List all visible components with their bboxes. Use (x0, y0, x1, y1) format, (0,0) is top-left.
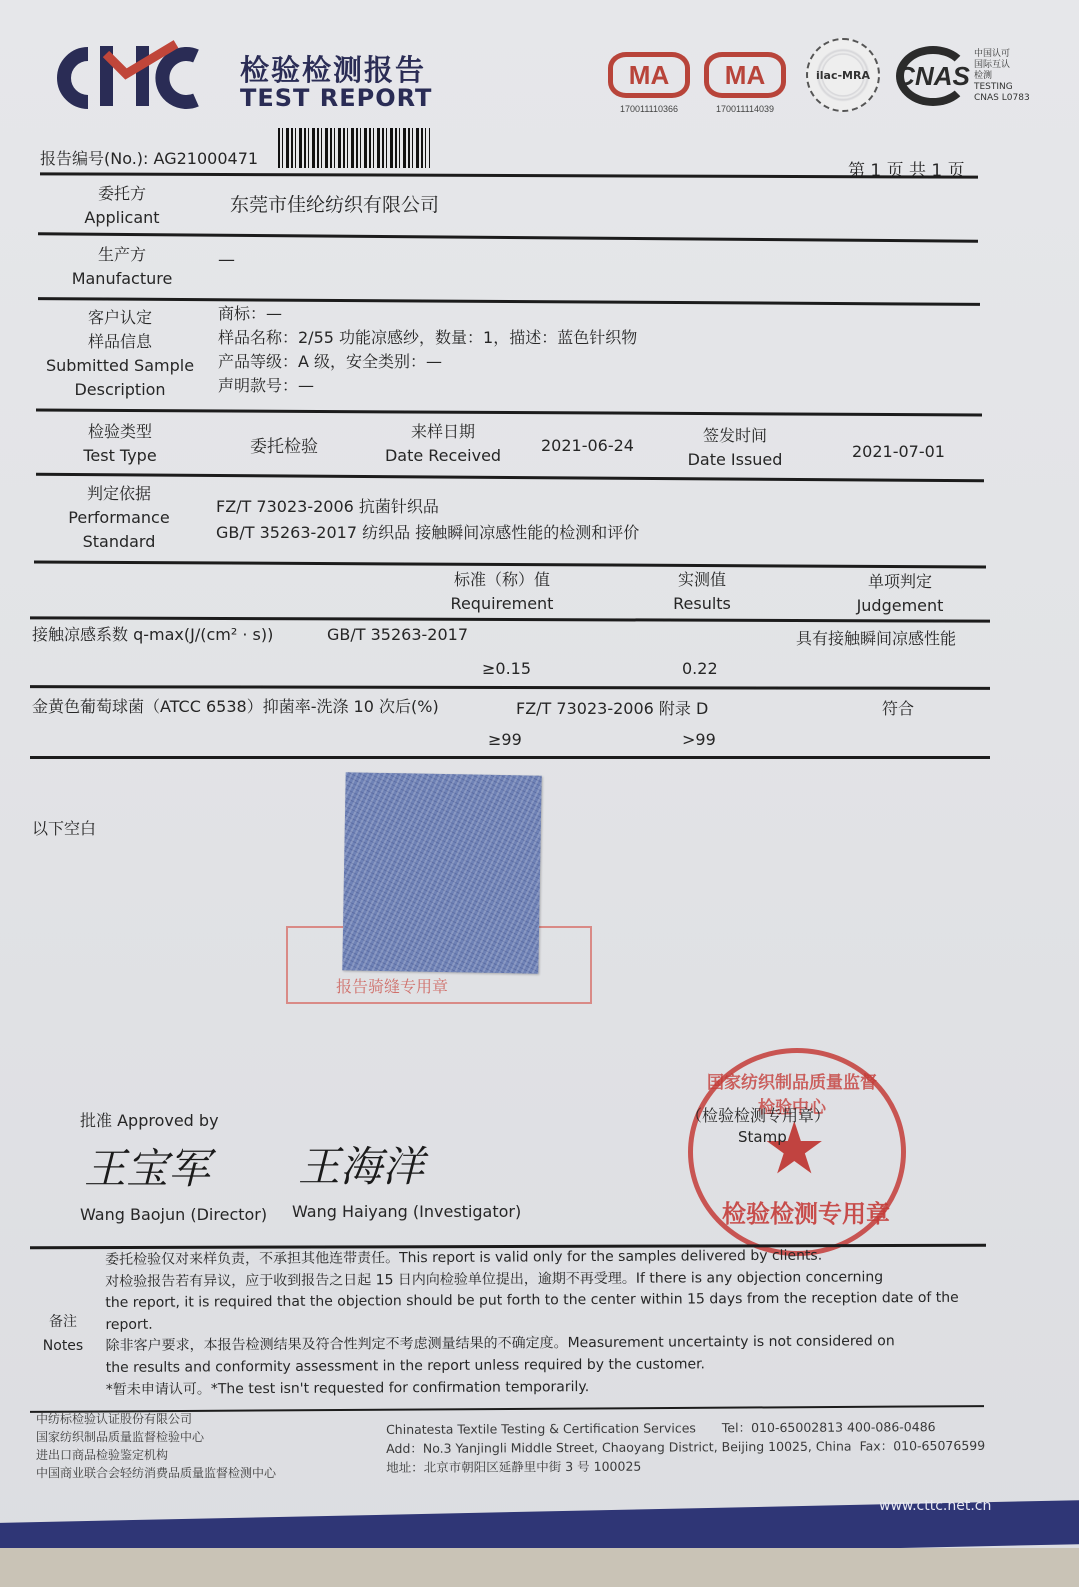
date-issued-label: 签发时间 Date Issued (680, 424, 790, 472)
sample-info-lines: 商标：— 样品名称：2/55 功能凉感纱，数量：1，描述：蓝色针织物 产品等级：… (218, 302, 637, 398)
report-title-en: TEST REPORT (240, 84, 432, 112)
address-en: Add：No.3 Yanjingli Middle Street, Chaoya… (386, 1439, 851, 1456)
date-received-label: 来样日期 Date Received (380, 420, 506, 468)
divider (36, 473, 984, 483)
director-signature: 王宝军 (84, 1136, 210, 1196)
standard-lines: FZ/T 73023-2006 抗菌针织品 GB/T 35263-2017 纺织… (216, 494, 639, 546)
company-name-en: Chinatesta Textile Testing & Certificati… (386, 1420, 696, 1437)
cma-icon: MA (608, 52, 690, 98)
row-judgement: 符合 (882, 696, 914, 719)
cma-number: 170011114039 (704, 104, 786, 114)
cnas-certification: CNAS 中国认可 国际互认 检测 TESTING CNAS L0783 (896, 46, 1030, 106)
row-item: 金黄色葡萄球菌（ATCC 6538）抑菌率-洗涤 10 次后(%) (32, 694, 439, 717)
investigator-name: Wang Haiyang (Investigator) (292, 1202, 521, 1221)
footer-organizations: 中纺标检验认证股份有限公司 国家纺织制品质量监督检验中心 进出口商品检验鉴定机构… (36, 1410, 276, 1482)
website-link[interactable]: www.cttc.net.cn (879, 1498, 991, 1514)
standard-label: 判定依据 Performance Standard (56, 482, 182, 554)
footer-contact: Chinatesta Textile Testing & Certificati… (386, 1417, 985, 1477)
test-type-label: 检验类型 Test Type (60, 420, 180, 468)
seal-caption-cn: （检验检测专用章） (686, 1103, 830, 1126)
seal-caption-en: Stamp (738, 1128, 787, 1146)
director-name: Wang Baojun (Director) (80, 1205, 267, 1224)
fax: Fax：010-65076599 (860, 1438, 986, 1454)
sample-info-label: 客户认定 样品信息 Submitted Sample Description (44, 306, 196, 402)
address-cn: 地址：北京市朝阳区延静里中街 3 号 100025 (386, 1455, 985, 1477)
report-number-label: 报告编号(No.): (40, 149, 148, 168)
report-number-value: AG21000471 (154, 149, 259, 168)
row-method: GB/T 35263-2017 (327, 625, 468, 644)
applicant-label: 委托方 Applicant (62, 182, 182, 230)
applicant-value: 东莞市佳纶纺织有限公司 (230, 190, 439, 217)
row-result: >99 (682, 730, 716, 749)
notes-text: 委托检验仅对来样负责，不承担其他连带责任。This report is vali… (105, 1245, 986, 1402)
sample-trademark: 商标：— (218, 302, 637, 326)
row-method: FZ/T 73023-2006 附录 D (516, 696, 708, 719)
manufacture-value: — (218, 250, 235, 270)
date-issued-value: 2021-07-01 (852, 442, 945, 461)
cnas-icon: CNAS (896, 46, 970, 106)
telephone: Tel：010-65002813 400-086-0486 (722, 1419, 936, 1435)
row-item: 接触凉感系数 q-max(J/(cm² · s)) (32, 622, 273, 645)
divider (38, 232, 978, 242)
seal-bottom-text: 检验检测专用章 (722, 1194, 890, 1229)
seam-stamp-text: 报告骑缝专用章 (336, 974, 448, 997)
date-received-value: 2021-06-24 (541, 436, 634, 455)
investigator-signature: 王海洋 (298, 1134, 424, 1194)
divider (30, 756, 990, 759)
sample-grade: 产品等级：A 级，安全类别：— (218, 350, 637, 374)
divider (40, 172, 978, 178)
cnas-text: 中国认可 国际互认 检测 TESTING CNAS L0783 (974, 49, 1030, 104)
row-judgement: 具有接触瞬间凉感性能 (796, 626, 956, 649)
judgement-header: 单项判定 Judgement (844, 570, 956, 618)
notes-label: 备注 Notes (36, 1310, 90, 1358)
fabric-sample-swatch (342, 772, 541, 973)
requirement-header: 标准（称）值 Requirement (430, 568, 574, 616)
divider (30, 685, 990, 690)
approved-by-label: 批准 Approved by (80, 1108, 219, 1131)
standard-gb-t: GB/T 35263-2017 纺织品 接触瞬间凉感性能的检测和评价 (216, 520, 639, 546)
sample-style-no: 声明款号：— (218, 374, 637, 398)
row-requirement: ≥99 (488, 730, 522, 749)
divider (36, 409, 982, 417)
row-result: 0.22 (682, 659, 718, 678)
row-requirement: ≥0.15 (482, 659, 531, 678)
sample-name: 样品名称：2/55 功能凉感纱，数量：1，描述：蓝色针织物 (218, 326, 637, 350)
manufacture-label: 生产方 Manufacture (62, 243, 182, 291)
cma-number: 170011110366 (608, 104, 690, 114)
cttc-logo (48, 40, 228, 112)
blank-below-note: 以下空白 (32, 816, 96, 839)
standard-fz-t: FZ/T 73023-2006 抗菌针织品 (216, 494, 639, 520)
test-type-value: 委托检验 (250, 432, 318, 457)
cma-icon: MA (704, 52, 786, 98)
ilac-mra-icon: ilac-MRA (806, 38, 880, 112)
cma-certification-1: MA 170011110366 (608, 52, 690, 114)
report-title-cn: 检验检测报告 (240, 48, 426, 89)
report-number: 报告编号(No.): AG21000471 (40, 146, 258, 169)
test-report-page: 检验检测报告 TEST REPORT MA 170011110366 MA 17… (0, 0, 1079, 1587)
ilac-mra-certification: ilac-MRA (806, 38, 880, 112)
cma-certification-2: MA 170011114039 (704, 52, 786, 114)
results-header: 实测值 Results (656, 568, 748, 616)
desk-surface (0, 1548, 1079, 1587)
barcode (278, 128, 430, 168)
